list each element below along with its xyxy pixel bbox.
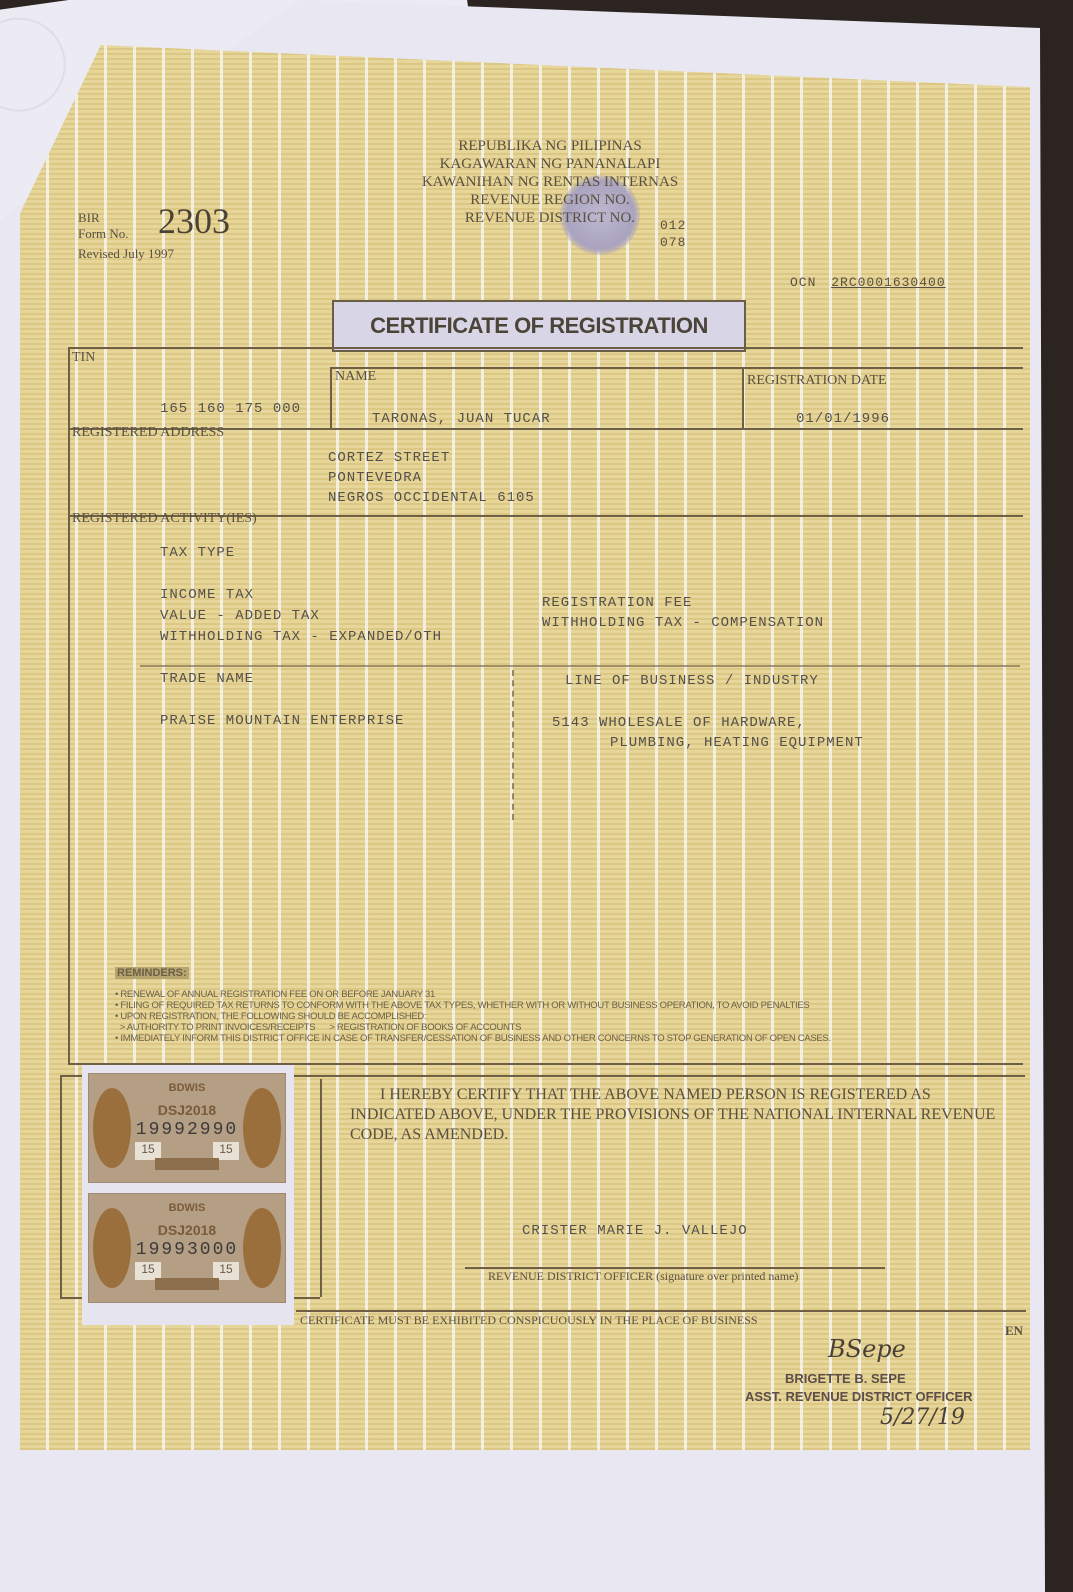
address-line: PONTEVEDRA	[328, 468, 535, 488]
line-of-business-value: 5143 WHOLESALE OF HARDWARE, PLUMBING, HE…	[552, 713, 864, 753]
reminder-item: • FILING OF REQUIRED TAX RETURNS TO CONF…	[115, 1000, 995, 1011]
reminder-item: • RENEWAL OF ANNUAL REGISTRATION FEE ON …	[115, 989, 995, 1000]
region-number: 012	[660, 217, 686, 234]
tax-type: INCOME TAX	[160, 585, 442, 606]
officer-name: CRISTER MARIE J. VALLEJO	[522, 1223, 748, 1239]
header-line: REVENUE REGION NO.	[390, 191, 710, 209]
officer-title: REVENUE DISTRICT OFFICER (signature over…	[488, 1269, 798, 1284]
tax-types-left: INCOME TAX VALUE - ADDED TAX WITHHOLDING…	[160, 585, 442, 648]
line-of-business-line: 5143 WHOLESALE OF HARDWARE,	[552, 713, 864, 733]
certificate-of-registration: REPUBLIKA NG PILIPINAS KAGAWARAN NG PANA…	[20, 45, 1030, 1450]
region-district-numbers: 012 078	[660, 217, 686, 251]
ocn-label: OCN	[790, 275, 816, 290]
reminder-item: • IMMEDIATELY INFORM THIS DISTRICT OFFIC…	[115, 1033, 995, 1044]
registration-date-value: 01/01/1996	[796, 411, 890, 427]
address-lines: CORTEZ STREET PONTEVEDRA NEGROS OCCIDENT…	[328, 448, 535, 508]
tin-label: TIN	[72, 350, 95, 366]
name-value: TARONAS, JUAN TUCAR	[372, 411, 551, 427]
address-label: REGISTERED ADDRESS	[72, 425, 224, 441]
form-revised: Revised July 1997	[78, 246, 174, 262]
header-line: KAGAWARAN NG PANANALAPI	[390, 155, 710, 173]
activities-label: REGISTERED ACTIVITY(IES)	[72, 511, 257, 527]
tax-type: VALUE - ADDED TAX	[160, 606, 442, 627]
tax-type: WITHHOLDING TAX - EXPANDED/OTH	[160, 627, 442, 648]
form-agency: BIR	[78, 210, 100, 226]
line-of-business-line: PLUMBING, HEATING EQUIPMENT	[552, 733, 864, 753]
reminders: REMINDERS: • RENEWAL OF ANNUAL REGISTRAT…	[115, 963, 995, 1044]
footer-notice: CERTIFICATE MUST BE EXHIBITED CONSPICUOU…	[300, 1313, 758, 1328]
reminders-label: REMINDERS:	[115, 967, 189, 979]
footer-edge-text: EN	[1005, 1323, 1023, 1339]
trade-name-label: TRADE NAME	[160, 671, 254, 687]
handwritten-date: 5/27/19	[880, 1405, 965, 1430]
handwritten-signature: BSepe	[828, 1335, 906, 1363]
trade-name-value: PRAISE MOUNTAIN ENTERPRISE	[160, 713, 404, 729]
ocn-value: 2RC0001630400	[831, 275, 945, 290]
form-number: 2303	[158, 200, 230, 242]
address-line: CORTEZ STREET	[328, 448, 535, 468]
header-line: REPUBLIKA NG PILIPINAS	[390, 137, 710, 155]
registration-date-label: REGISTRATION DATE	[747, 373, 887, 389]
header-line: KAWANIHAN NG RENTAS INTERNAS	[390, 173, 710, 191]
certifying-officer-name: BRIGETTE B. SEPE	[785, 1371, 906, 1386]
line-of-business-label: LINE OF BUSINESS / INDUSTRY	[565, 673, 819, 689]
certification-statement: I HEREBY CERTIFY THAT THE ABOVE NAMED PE…	[350, 1085, 1010, 1145]
tax-type: REGISTRATION FEE	[542, 593, 824, 613]
certifying-officer-title: ASST. REVENUE DISTRICT OFFICER	[745, 1389, 973, 1404]
district-number: 078	[660, 234, 686, 251]
tax-types-right: REGISTRATION FEE WITHHOLDING TAX - COMPE…	[542, 593, 824, 633]
certificate-title: CERTIFICATE OF REGISTRATION	[332, 300, 746, 352]
name-label: NAME	[335, 369, 376, 385]
agency-header: REPUBLIKA NG PILIPINAS KAGAWARAN NG PANA…	[390, 137, 710, 227]
documentary-stamp: BDWIS DSJ2018 19993000 15 15	[88, 1193, 286, 1303]
tax-type: WITHHOLDING TAX - COMPENSATION	[542, 613, 824, 633]
tin-value: 165 160 175 000	[160, 401, 301, 417]
address-line: NEGROS OCCIDENTAL 6105	[328, 488, 535, 508]
ocn: OCN 2RC0001630400	[790, 275, 946, 290]
documentary-stamps: BDWIS DSJ2018 19992990 15 15 BDWIS DSJ20…	[82, 1065, 294, 1325]
tax-type-label: TAX TYPE	[160, 545, 235, 561]
reminder-item: > AUTHORITY TO PRINT INVOICES/RECEIPTS >…	[115, 1022, 995, 1033]
seal-watermark-icon	[0, 11, 72, 117]
reminder-item: • UPON REGISTRATION, THE FOLLOWING SHOUL…	[115, 1011, 995, 1022]
form-label: Form No.	[78, 226, 129, 242]
documentary-stamp: BDWIS DSJ2018 19992990 15 15	[88, 1073, 286, 1183]
